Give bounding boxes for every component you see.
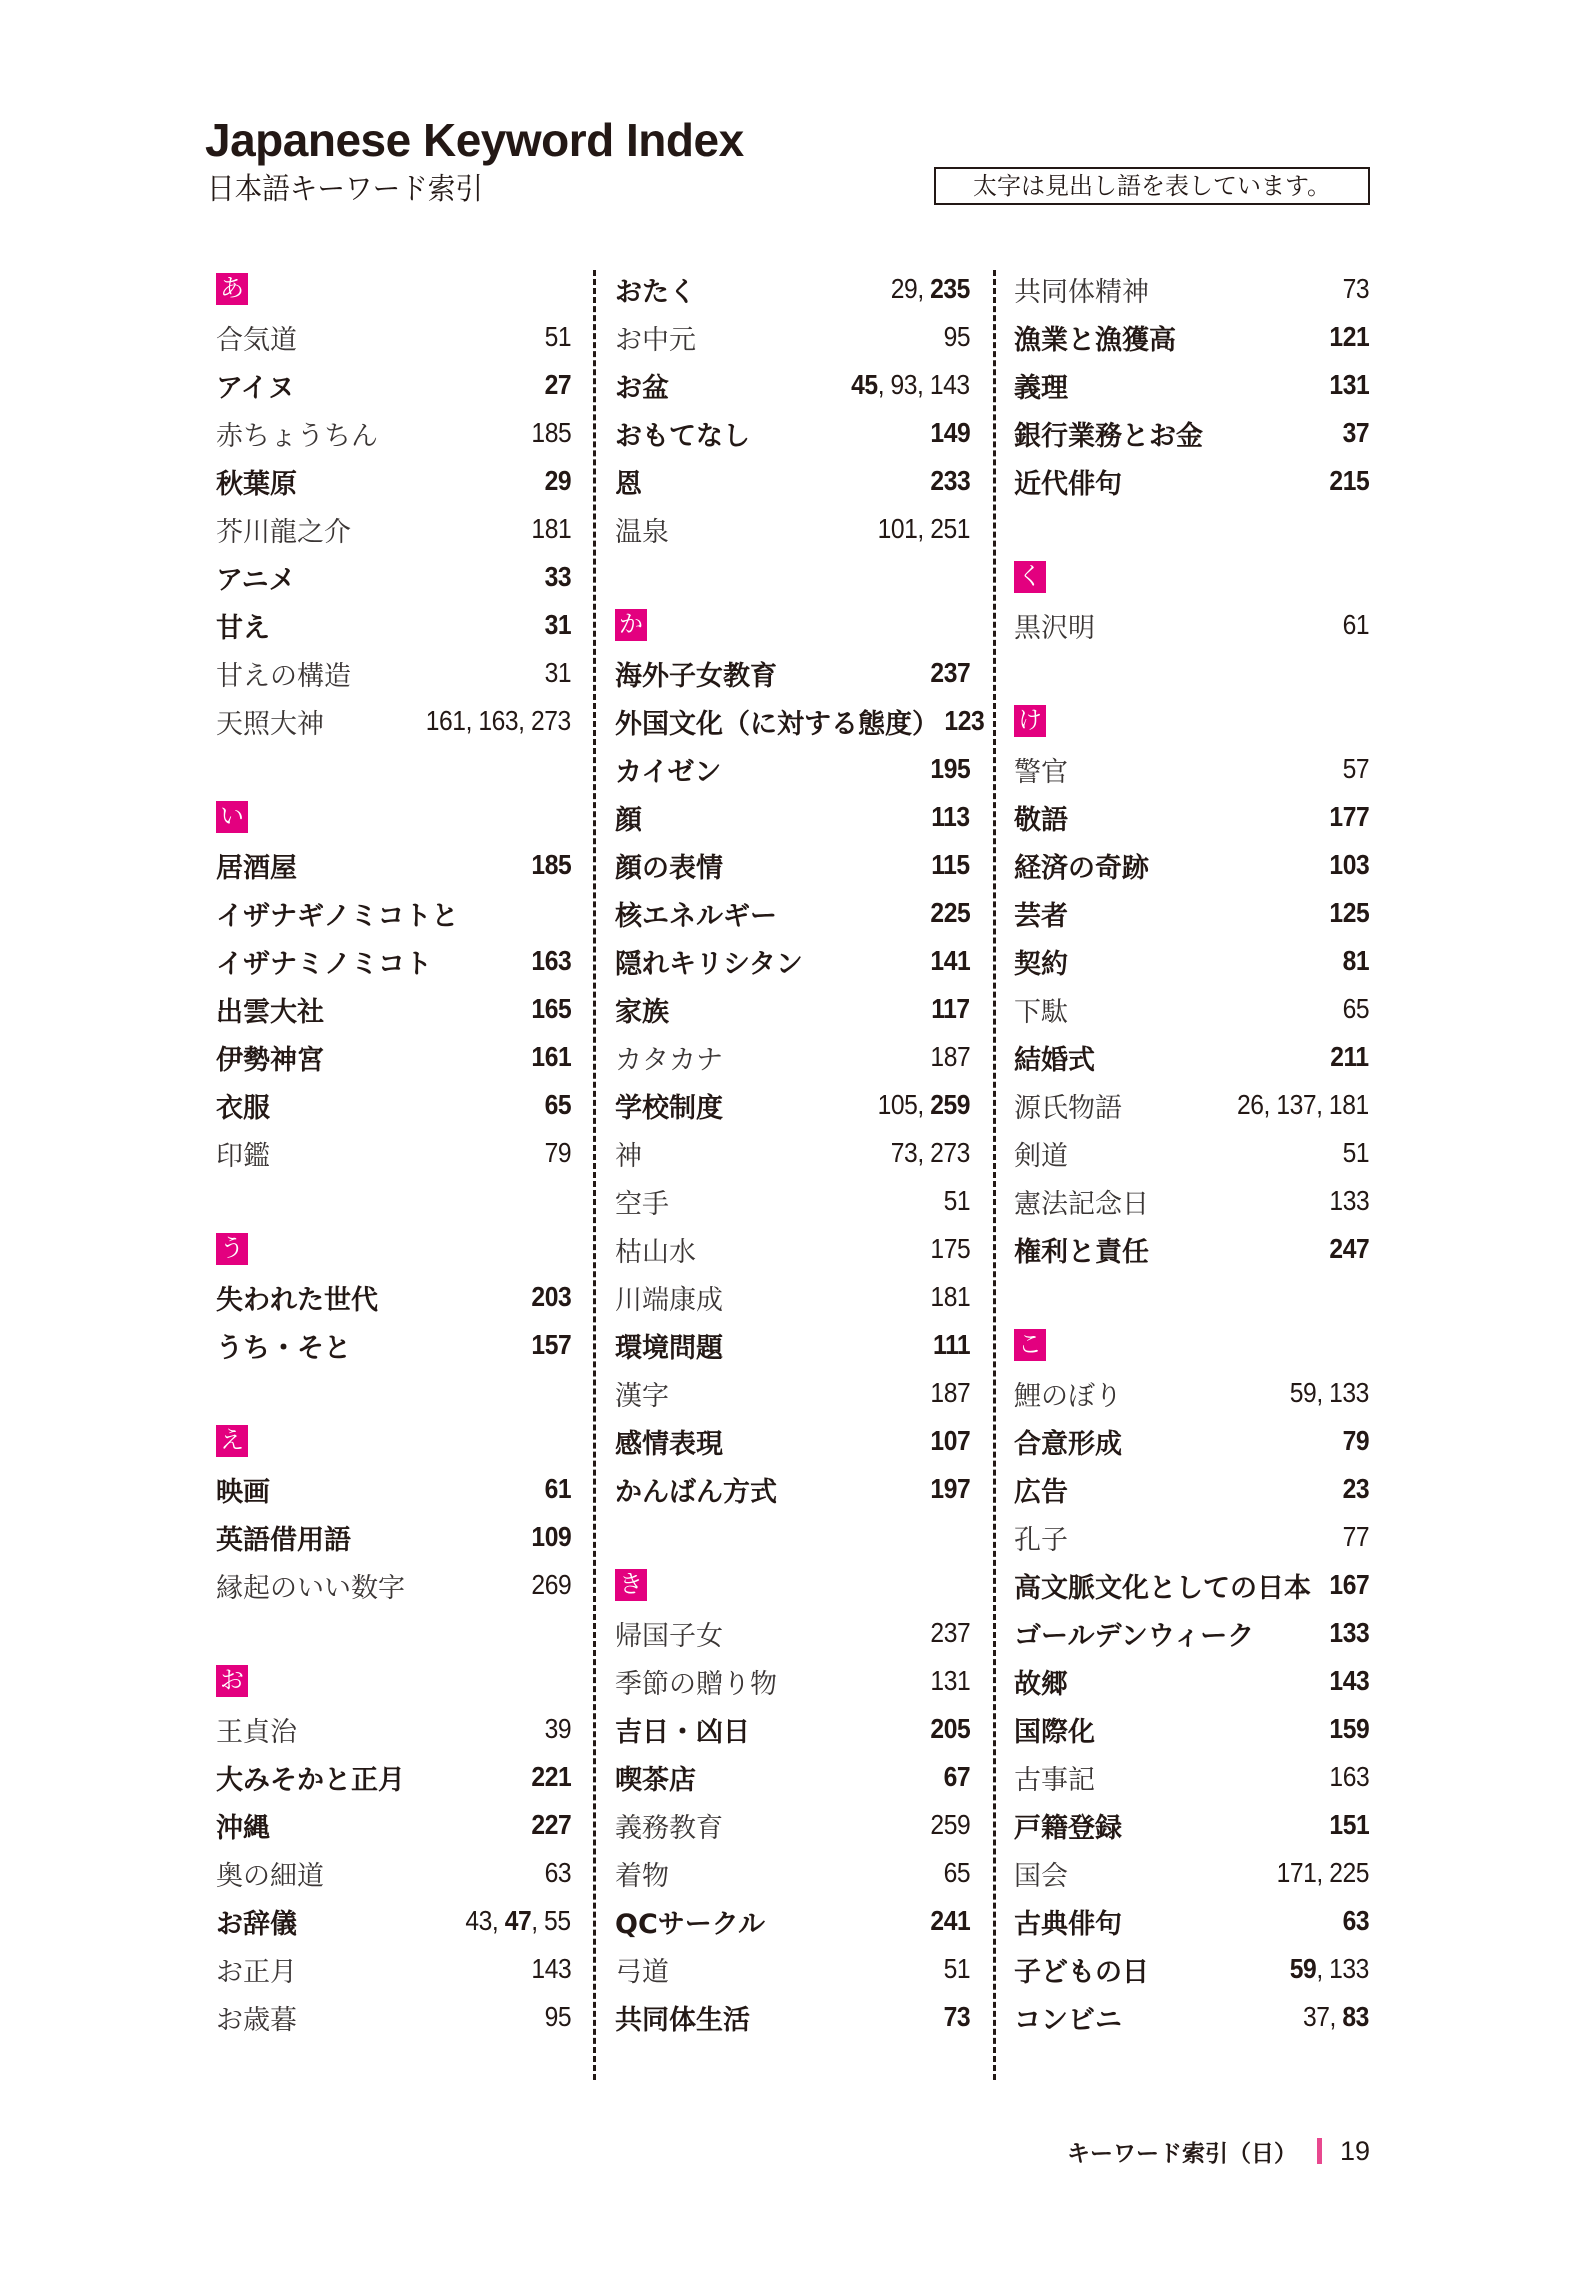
index-entry: 学校制度105, 259: [615, 1081, 970, 1129]
page-number-ref: 51: [544, 321, 571, 352]
page-references: 185: [531, 417, 571, 449]
page-separator: ,: [492, 1905, 505, 1936]
index-entry: お正月143: [216, 1945, 571, 1993]
index-entry: 顔113: [615, 793, 970, 841]
page-references: 31: [544, 657, 571, 689]
page-number-ref: 171: [1277, 1857, 1317, 1888]
index-entry: カタカナ187: [615, 1033, 970, 1081]
index-term: ゴールデンウィーク: [1014, 1614, 1254, 1653]
index-entry: QCサークル241: [615, 1897, 970, 1945]
page-number-ref: 273: [531, 705, 571, 736]
index-entry: 古典俳句63: [1014, 1897, 1369, 1945]
page-references: 161: [531, 1041, 571, 1073]
index-term: 隠れキリシタン: [615, 942, 803, 981]
page-references: 95: [943, 321, 970, 353]
page-references: 33: [544, 561, 571, 593]
page-title-japanese: 日本語キーワード索引: [207, 170, 483, 210]
page-references: 59, 133: [1290, 1953, 1369, 1985]
index-term: 義務教育: [615, 1806, 723, 1845]
page-number-ref: 115: [932, 849, 970, 880]
page-number-ref: 61: [544, 1473, 571, 1504]
page-separator: ,: [518, 705, 531, 736]
page-number-ref: 67: [943, 1761, 970, 1792]
index-term: 共同体生活: [615, 1998, 750, 2037]
page-number-ref: 133: [1329, 1953, 1369, 1984]
page-references: 73: [1342, 273, 1369, 305]
kana-badge: い: [216, 801, 248, 833]
page-separator: ,: [532, 1905, 545, 1936]
page-number-ref: 181: [930, 1281, 970, 1312]
index-entry: 鯉のぼり59, 133: [1014, 1369, 1369, 1417]
index-entry: 甘えの構造31: [216, 649, 571, 697]
index-term: 漢字: [615, 1374, 669, 1413]
page-separator: ,: [466, 705, 479, 736]
page-number-ref: 95: [544, 2001, 571, 2032]
index-term: 川端康成: [615, 1278, 723, 1317]
page-references: 107: [930, 1425, 970, 1457]
page-references: 65: [943, 1857, 970, 1889]
section-spacer: [1014, 505, 1369, 553]
index-term: うち・そと: [216, 1326, 351, 1365]
page-number-ref: 93: [891, 369, 918, 400]
page-references: 205: [930, 1713, 970, 1745]
index-term: 空手: [615, 1182, 669, 1221]
section-spacer: [1014, 649, 1369, 697]
index-entry: 喫茶店67: [615, 1753, 970, 1801]
index-term: 国際化: [1014, 1710, 1095, 1749]
page-separator: ,: [917, 273, 930, 304]
kana-section-header: け: [1014, 697, 1369, 745]
index-entry: コンビニ37, 83: [1014, 1993, 1369, 2041]
page-number-ref: 159: [1329, 1713, 1369, 1744]
page-number-ref: 133: [1329, 1617, 1369, 1648]
page-number-ref: 161: [426, 705, 466, 736]
section-spacer: [216, 745, 571, 793]
page-references: 187: [930, 1377, 970, 1409]
kana-section-header: あ: [216, 265, 571, 313]
page-references: 37: [1342, 417, 1369, 449]
page-number-ref: 125: [1329, 897, 1369, 928]
page-references: 29: [544, 465, 571, 497]
page-number-ref: 181: [531, 513, 571, 544]
page-number-ref: 225: [1329, 1857, 1369, 1888]
page-title-english: Japanese Keyword Index: [205, 112, 744, 168]
index-term: 衣服: [216, 1086, 270, 1125]
page-number-ref: 33: [544, 561, 571, 592]
page-number-ref: 101: [878, 513, 918, 544]
index-term: 義理: [1014, 366, 1068, 405]
page-number-ref: 63: [544, 1857, 571, 1888]
index-term: お中元: [615, 318, 696, 357]
index-entry: お辞儀43, 47, 55: [216, 1897, 571, 1945]
page-number-ref: 65: [943, 1857, 970, 1888]
index-term: 天照大神: [216, 702, 324, 741]
index-entry: 敬語177: [1014, 793, 1369, 841]
page-number-ref: 109: [531, 1521, 571, 1552]
index-term: 戸籍登録: [1014, 1806, 1122, 1845]
page-references: 23: [1342, 1473, 1369, 1505]
page-separator: ,: [1316, 1953, 1329, 1984]
page-number-ref: 51: [1342, 1137, 1369, 1168]
index-term: イザナミノミコト: [216, 942, 432, 981]
index-entry: 源氏物語26, 137, 181: [1014, 1081, 1369, 1129]
kana-badge: く: [1014, 561, 1046, 593]
index-term: 英語借用語: [216, 1518, 351, 1557]
page-number-ref: 65: [544, 1089, 571, 1120]
page-number-ref: 149: [930, 417, 970, 448]
index-column-2: おたく29, 235お中元95お盆45, 93, 143おもてなし149恩233…: [615, 265, 970, 2041]
page-references: 187: [930, 1041, 970, 1073]
section-spacer: [615, 553, 970, 601]
index-entry: 外国文化（に対する態度）123: [615, 697, 970, 745]
index-entry: 弓道51: [615, 1945, 970, 1993]
index-entry: 剣道51: [1014, 1129, 1369, 1177]
index-term: QCサークル: [615, 1902, 765, 1941]
index-term: 警官: [1014, 750, 1068, 789]
index-entry: お盆45, 93, 143: [615, 361, 970, 409]
page-references: 185: [531, 849, 571, 881]
index-entry: 共同体生活73: [615, 1993, 970, 2041]
page-number-ref: 259: [930, 1089, 970, 1120]
index-entry: 季節の贈り物131: [615, 1657, 970, 1705]
page-references: 143: [531, 1953, 571, 1985]
index-term: 高文脈文化としての日本: [1014, 1566, 1311, 1605]
index-entry: 芥川龍之介181: [216, 505, 571, 553]
page-references: 171, 225: [1277, 1857, 1369, 1889]
index-term: 弓道: [615, 1950, 669, 1989]
page-number-ref: 63: [1342, 1905, 1369, 1936]
page-number-ref: 55: [544, 1905, 571, 1936]
index-entry: 古事記163: [1014, 1753, 1369, 1801]
page-separator: ,: [917, 1137, 930, 1168]
page-separator: ,: [917, 1089, 930, 1120]
page-references: 73, 273: [891, 1137, 970, 1169]
page-number-ref: 123: [944, 705, 984, 736]
page-number-ref: 197: [930, 1473, 970, 1504]
index-entry: 子どもの日59, 133: [1014, 1945, 1369, 1993]
index-entry: 結婚式211: [1014, 1033, 1369, 1081]
page-references: 109: [531, 1521, 571, 1553]
index-term: 銀行業務とお金: [1014, 414, 1203, 453]
page-references: 121: [1329, 321, 1369, 353]
index-entry: 居酒屋185: [216, 841, 571, 889]
page-references: 141: [930, 945, 970, 977]
page-references: 43, 47, 55: [466, 1905, 571, 1937]
index-term: 温泉: [615, 510, 669, 549]
index-term: 甘えの構造: [216, 654, 351, 693]
page-references: 197: [930, 1473, 970, 1505]
page-number-ref: 73: [1342, 273, 1369, 304]
index-term: 海外子女教育: [615, 654, 777, 693]
page-references: 175: [930, 1233, 970, 1265]
index-entry: お中元95: [615, 313, 970, 361]
index-term: 学校制度: [615, 1086, 723, 1125]
page-references: 157: [531, 1329, 571, 1361]
page-number-ref: 73: [891, 1137, 918, 1168]
page-number-ref: 29: [891, 273, 918, 304]
index-entry: アイヌ27: [216, 361, 571, 409]
page-references: 259: [930, 1809, 970, 1841]
page-number-ref: 51: [943, 1185, 970, 1216]
kana-badge: え: [216, 1425, 248, 1457]
page-number-ref: 187: [930, 1041, 970, 1072]
page-number-ref: 105: [878, 1089, 918, 1120]
page-references: 195: [930, 753, 970, 785]
page-number-ref: 131: [1329, 369, 1369, 400]
page-references: 61: [1342, 609, 1369, 641]
page-references: 133: [1329, 1185, 1369, 1217]
page-number-ref: 65: [1342, 993, 1369, 1024]
section-spacer: [216, 1609, 571, 1657]
index-entry: 縁起のいい数字269: [216, 1561, 571, 1609]
page-number-ref: 47: [505, 1905, 532, 1936]
index-entry: 出雲大社165: [216, 985, 571, 1033]
index-entry: 海外子女教育237: [615, 649, 970, 697]
page-number-ref: 143: [531, 1953, 571, 1984]
index-term: 印鑑: [216, 1134, 270, 1173]
page-references: 79: [544, 1137, 571, 1169]
page-number-ref: 111: [933, 1329, 970, 1360]
page-number-ref: 157: [531, 1329, 571, 1360]
index-term: 失われた世代: [216, 1278, 378, 1317]
page-references: 203: [531, 1281, 571, 1313]
index-term: カイゼン: [615, 750, 721, 789]
page-references: 161, 163, 273: [426, 705, 571, 737]
index-entry: 家族117: [615, 985, 970, 1033]
index-term: 着物: [615, 1854, 669, 1893]
page-number-ref: 45: [852, 369, 879, 400]
index-term: 核エネルギー: [615, 894, 777, 933]
page-number-ref: 39: [544, 1713, 571, 1744]
index-column-3: 共同体精神73漁業と漁獲高121義理131銀行業務とお金37近代俳句215く黒沢…: [1014, 265, 1369, 2041]
page-references: 221: [531, 1761, 571, 1793]
index-entry: 着物65: [615, 1849, 970, 1897]
kana-badge: あ: [216, 273, 248, 305]
page-references: 167: [1329, 1569, 1369, 1601]
page-number-ref: 59: [1290, 1953, 1317, 1984]
index-term: 下駄: [1014, 990, 1068, 1029]
page-references: 227: [531, 1809, 571, 1841]
page-number-ref: 215: [1329, 465, 1369, 496]
page-number-ref: 43: [466, 1905, 493, 1936]
index-entry: 広告23: [1014, 1465, 1369, 1513]
index-entry: 国際化159: [1014, 1705, 1369, 1753]
index-entry: 失われた世代203: [216, 1273, 571, 1321]
index-term: 顔の表情: [615, 846, 723, 885]
page-references: 165: [531, 993, 571, 1025]
index-entry: 漁業と漁獲高121: [1014, 313, 1369, 361]
index-term: 秋葉原: [216, 462, 297, 501]
page-references: 131: [930, 1665, 970, 1697]
index-term: 神: [615, 1134, 642, 1173]
page-number-ref: 23: [1342, 1473, 1369, 1504]
index-entry: 印鑑79: [216, 1129, 571, 1177]
page-references: 59, 133: [1290, 1377, 1369, 1409]
index-term: 芸者: [1014, 894, 1068, 933]
page-number-ref: 167: [1329, 1569, 1369, 1600]
index-entry: 衣服65: [216, 1081, 571, 1129]
index-term: 経済の奇跡: [1014, 846, 1149, 885]
kana-badge: う: [216, 1233, 248, 1265]
page-number-ref: 235: [930, 273, 970, 304]
page-references: 149: [930, 417, 970, 449]
page-number-ref: 151: [1329, 1809, 1369, 1840]
page-separator: ,: [1316, 1089, 1329, 1120]
page-references: 163: [531, 945, 571, 977]
index-term: 伊勢神宮: [216, 1038, 324, 1077]
page-number-ref: 225: [930, 897, 970, 928]
bold-legend-note: 太字は見出し語を表しています。: [934, 167, 1370, 205]
page-references: 177: [1329, 801, 1369, 833]
page-number-ref: 79: [544, 1137, 571, 1168]
index-entry: イザナミノミコト163: [216, 937, 571, 985]
index-term: お正月: [216, 1950, 297, 1989]
page-number-ref: 83: [1342, 2001, 1369, 2032]
page-separator: ,: [1264, 1089, 1277, 1120]
page-number-ref: 37: [1303, 2001, 1330, 2032]
index-term: アイヌ: [216, 366, 295, 405]
page-number-ref: 247: [1329, 1233, 1369, 1264]
index-term: 広告: [1014, 1470, 1068, 1509]
page-separator: ,: [1330, 2001, 1343, 2032]
index-entry: 権利と責任247: [1014, 1225, 1369, 1273]
page-references: 133: [1329, 1617, 1369, 1649]
page-number-ref: 175: [930, 1233, 970, 1264]
page-number-ref: 177: [1329, 801, 1369, 832]
page-references: 241: [930, 1905, 970, 1937]
column-divider: [593, 270, 596, 2080]
kana-section-header: う: [216, 1225, 571, 1273]
page-references: 233: [930, 465, 970, 497]
page-separator: ,: [917, 369, 930, 400]
page-number-ref: 137: [1277, 1089, 1317, 1120]
page-references: 29, 235: [891, 273, 970, 305]
index-entry: 義務教育259: [615, 1801, 970, 1849]
index-term: 感情表現: [615, 1422, 723, 1461]
index-entry: イザナギノミコトと: [216, 889, 571, 937]
index-term: おもてなし: [615, 414, 750, 453]
page-references: 151: [1329, 1809, 1369, 1841]
page-number-ref: 59: [1290, 1377, 1317, 1408]
index-term: かんばん方式: [615, 1470, 777, 1509]
index-entry: 警官57: [1014, 745, 1369, 793]
index-term: 枯山水: [615, 1230, 696, 1269]
page-footer: キーワード索引（日） 19: [1040, 2131, 1370, 2171]
page-number-ref: 181: [1329, 1089, 1369, 1120]
page-number-ref: 51: [943, 1953, 970, 1984]
page-references: 39: [544, 1713, 571, 1745]
page-references: 63: [544, 1857, 571, 1889]
page-references: 51: [943, 1185, 970, 1217]
page-number-ref: 185: [531, 849, 571, 880]
index-term: イザナギノミコトと: [216, 894, 458, 933]
index-term: 近代俳句: [1014, 462, 1122, 501]
page-number-ref: 57: [1342, 753, 1369, 784]
page-number-ref: 113: [932, 801, 970, 832]
page-references: 45, 93, 143: [852, 369, 970, 401]
page-number-ref: 31: [544, 609, 571, 640]
page-references: 51: [1342, 1137, 1369, 1169]
page-number: 19: [1340, 2136, 1370, 2167]
page-separator: ,: [1316, 1377, 1329, 1408]
index-entry: 銀行業務とお金37: [1014, 409, 1369, 457]
kana-section-header: こ: [1014, 1321, 1369, 1369]
index-term: 王貞治: [216, 1710, 297, 1749]
index-term: 鯉のぼり: [1014, 1374, 1122, 1413]
index-term: 古典俳句: [1014, 1902, 1122, 1941]
index-entry: 核エネルギー225: [615, 889, 970, 937]
index-term: 環境問題: [615, 1326, 723, 1365]
page-references: 237: [930, 657, 970, 689]
index-entry: 映画61: [216, 1465, 571, 1513]
index-term: 吉日・凶日: [615, 1710, 750, 1749]
page-number-ref: 227: [531, 1809, 571, 1840]
index-entry: 高文脈文化としての日本167: [1014, 1561, 1369, 1609]
page-number-ref: 27: [544, 369, 571, 400]
index-entry: 隠れキリシタン141: [615, 937, 970, 985]
page-number-ref: 131: [930, 1665, 970, 1696]
section-spacer: [1014, 1273, 1369, 1321]
page-number-ref: 187: [930, 1377, 970, 1408]
index-entry: カイゼン195: [615, 745, 970, 793]
index-term: 赤ちょうちん: [216, 414, 378, 453]
index-entry: 国会171, 225: [1014, 1849, 1369, 1897]
page-number-ref: 161: [531, 1041, 571, 1072]
page-references: 211: [1331, 1041, 1369, 1073]
index-entry: 孔子77: [1014, 1513, 1369, 1561]
index-term: お盆: [615, 366, 669, 405]
page-number-ref: 117: [932, 993, 970, 1024]
kana-section-header: お: [216, 1657, 571, 1705]
index-term: 古事記: [1014, 1758, 1095, 1797]
index-entry: 王貞治39: [216, 1705, 571, 1753]
index-term: 家族: [615, 990, 669, 1029]
page-references: 123: [944, 705, 984, 737]
page-number-ref: 233: [930, 465, 970, 496]
index-term: 憲法記念日: [1014, 1182, 1149, 1221]
index-term: アニメ: [216, 558, 296, 597]
page-references: 105, 259: [878, 1089, 970, 1121]
page-references: 159: [1329, 1713, 1369, 1745]
index-term: 縁起のいい数字: [216, 1566, 405, 1605]
index-entry: 下駄65: [1014, 985, 1369, 1033]
page-references: 111: [933, 1329, 970, 1361]
footer-section-label: キーワード索引（日）: [1067, 2135, 1297, 2168]
page-number-ref: 61: [1342, 609, 1369, 640]
index-term: 国会: [1014, 1854, 1068, 1893]
page-number-ref: 269: [531, 1569, 571, 1600]
index-term: 合気道: [216, 318, 297, 357]
page-number-ref: 273: [930, 1137, 970, 1168]
page-number-ref: 107: [930, 1425, 970, 1456]
index-entry: 共同体精神73: [1014, 265, 1369, 313]
index-entry: お歳暮95: [216, 1993, 571, 2041]
index-term: お歳暮: [216, 1998, 297, 2037]
kana-badge: こ: [1014, 1329, 1046, 1361]
kana-section-header: く: [1014, 553, 1369, 601]
page-number-ref: 79: [1342, 1425, 1369, 1456]
index-entry: 枯山水175: [615, 1225, 970, 1273]
page-references: 225: [930, 897, 970, 929]
page-references: 269: [531, 1569, 571, 1601]
index-term: コンビニ: [1014, 1998, 1122, 2037]
page-references: 31: [544, 609, 571, 641]
kana-section-header: い: [216, 793, 571, 841]
page-number-ref: 29: [544, 465, 571, 496]
index-term: 居酒屋: [216, 846, 297, 885]
page-number-ref: 185: [531, 417, 571, 448]
index-term: カタカナ: [615, 1038, 723, 1077]
